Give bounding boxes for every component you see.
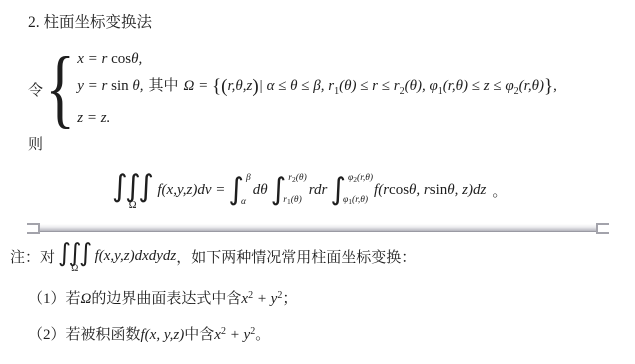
then-label: 则 bbox=[28, 133, 43, 154]
comma: , bbox=[553, 78, 557, 94]
sin-operator: sin bbox=[111, 78, 132, 94]
integral-lower-limit: φ1(r,θ) bbox=[343, 195, 373, 207]
math-run: (r,θ) ≤ z ≤ φ bbox=[443, 78, 514, 94]
math-run: θ, z)dz bbox=[447, 182, 486, 199]
coordinate-substitution-system: 令 { x = r cosθ, y = r sin θ,其中Ω = {(r,θ,… bbox=[28, 46, 557, 132]
theta-integral: ∫ β α bbox=[228, 173, 250, 207]
system-rows: x = r cosθ, y = r sin θ,其中Ω = {(r,θ,z)| … bbox=[77, 46, 557, 132]
divider-right-cap-icon bbox=[596, 223, 609, 234]
math-run: f(r bbox=[374, 182, 389, 199]
math-run: f(x, y,z) bbox=[141, 327, 185, 343]
item-text: 中含 bbox=[184, 327, 214, 343]
set-close-delimiter: } bbox=[544, 76, 553, 97]
dtheta: dθ bbox=[253, 182, 268, 199]
math-run: (θ), φ bbox=[405, 78, 438, 94]
rdr: rdr bbox=[309, 182, 328, 199]
triple-integral: ∫∫∫ Ω bbox=[112, 170, 153, 211]
system-row-x: x = r cosθ, bbox=[77, 46, 557, 73]
triple-integral: ∫∫∫ Ω bbox=[58, 239, 92, 274]
math-run: θ, bbox=[131, 51, 142, 67]
divider-left-cap-icon bbox=[27, 223, 40, 234]
item-end-punct: 。 bbox=[255, 327, 270, 343]
system-row-z: z = z. bbox=[77, 105, 557, 132]
math-run: (r,θ) bbox=[519, 78, 544, 94]
math-run: Ω bbox=[81, 291, 92, 307]
where-label: 其中 bbox=[149, 78, 179, 94]
z-integral: ∫ φ2(r,θ) φ1(r,θ) bbox=[330, 173, 373, 207]
sin-operator: sin bbox=[430, 182, 448, 199]
left-brace: { bbox=[45, 49, 75, 129]
math-run: r,θ,z bbox=[227, 78, 252, 94]
item-prefix: （1）若 bbox=[28, 291, 81, 307]
math-run: x bbox=[214, 327, 221, 343]
integral-limits: β α bbox=[244, 173, 251, 207]
limit-arg: (r,θ) bbox=[352, 195, 368, 205]
integral-domain: Ω bbox=[71, 264, 78, 274]
note-prefix: 注：对 bbox=[10, 246, 55, 267]
triple-integral-icon: ∫∫∫ bbox=[58, 239, 92, 267]
note-suffix: ，如下两种情况常用柱面坐标变换： bbox=[176, 246, 416, 267]
limit-arg: (θ) bbox=[296, 173, 307, 183]
math-run: Ω = bbox=[184, 78, 212, 94]
integral-domain: Ω bbox=[129, 201, 137, 211]
set-open-delimiter: {( bbox=[212, 76, 227, 97]
note-line: 注：对 ∫∫∫ Ω f(x,y,z)dxdydz ，如下两种情况常用柱面坐标变换… bbox=[10, 236, 416, 276]
math-run: y = r bbox=[77, 78, 111, 94]
math-run: θ, r bbox=[409, 182, 430, 199]
case-item-2: （2）若被积函数f(x, y,z)中含x2 + y2。 bbox=[28, 323, 270, 344]
document-page: 2. 柱面坐标变换法 令 { x = r cosθ, y = r sin θ,其… bbox=[0, 0, 635, 364]
cos-operator: cos bbox=[389, 182, 409, 199]
math-run: + y bbox=[226, 327, 250, 343]
integral-limits: φ2(r,θ) φ1(r,θ) bbox=[346, 173, 373, 207]
section-title: 2. 柱面坐标变换法 bbox=[28, 10, 152, 32]
note-integrand: f(x,y,z)dxdydz bbox=[95, 248, 177, 265]
item-end-punct: ； bbox=[282, 291, 297, 307]
lhs-integrand: f(x,y,z)dv = bbox=[157, 182, 225, 199]
case-item-1: （1）若Ω的边界曲面表达式中含x2 + y2； bbox=[28, 287, 297, 308]
cos-operator: cos bbox=[111, 51, 131, 67]
limit-arg: (θ) bbox=[291, 195, 302, 205]
integral-lower-limit: r1(θ) bbox=[283, 195, 306, 207]
full-stop: 。 bbox=[492, 180, 507, 201]
math-run: θ, bbox=[132, 78, 143, 94]
integral-upper-limit: β bbox=[246, 173, 251, 183]
item-text: 的边界曲面表达式中含 bbox=[91, 291, 241, 307]
math-run: z = z. bbox=[77, 110, 110, 126]
triple-integral-icon: ∫∫∫ bbox=[112, 170, 153, 204]
system-row-y-and-domain: y = r sin θ,其中Ω = {(r,θ,z)| α ≤ θ ≤ β, r… bbox=[77, 73, 557, 105]
math-run: | α ≤ θ ≤ β, r bbox=[259, 78, 334, 94]
math-run: + y bbox=[253, 291, 277, 307]
section-break-divider bbox=[27, 222, 609, 234]
integral-lower-limit: α bbox=[241, 197, 251, 207]
integral-upper-limit: r2(θ) bbox=[288, 173, 306, 185]
integral-limits: r2(θ) r1(θ) bbox=[286, 173, 306, 207]
r-integral: ∫ r2(θ) r1(θ) bbox=[271, 173, 307, 207]
integral-upper-limit: φ2(r,θ) bbox=[348, 173, 373, 185]
cylindrical-integral-formula: ∫∫∫ Ω f(x,y,z)dv = ∫ β α dθ ∫ r2(θ) r1(θ… bbox=[112, 162, 507, 218]
math-run: x = r bbox=[77, 51, 111, 67]
item-prefix: （2）若被积函数 bbox=[28, 327, 141, 343]
divider-line bbox=[40, 224, 596, 232]
let-label: 令 bbox=[28, 79, 43, 100]
math-run: (θ) ≤ r ≤ r bbox=[339, 78, 400, 94]
limit-arg: (r,θ) bbox=[357, 173, 373, 183]
